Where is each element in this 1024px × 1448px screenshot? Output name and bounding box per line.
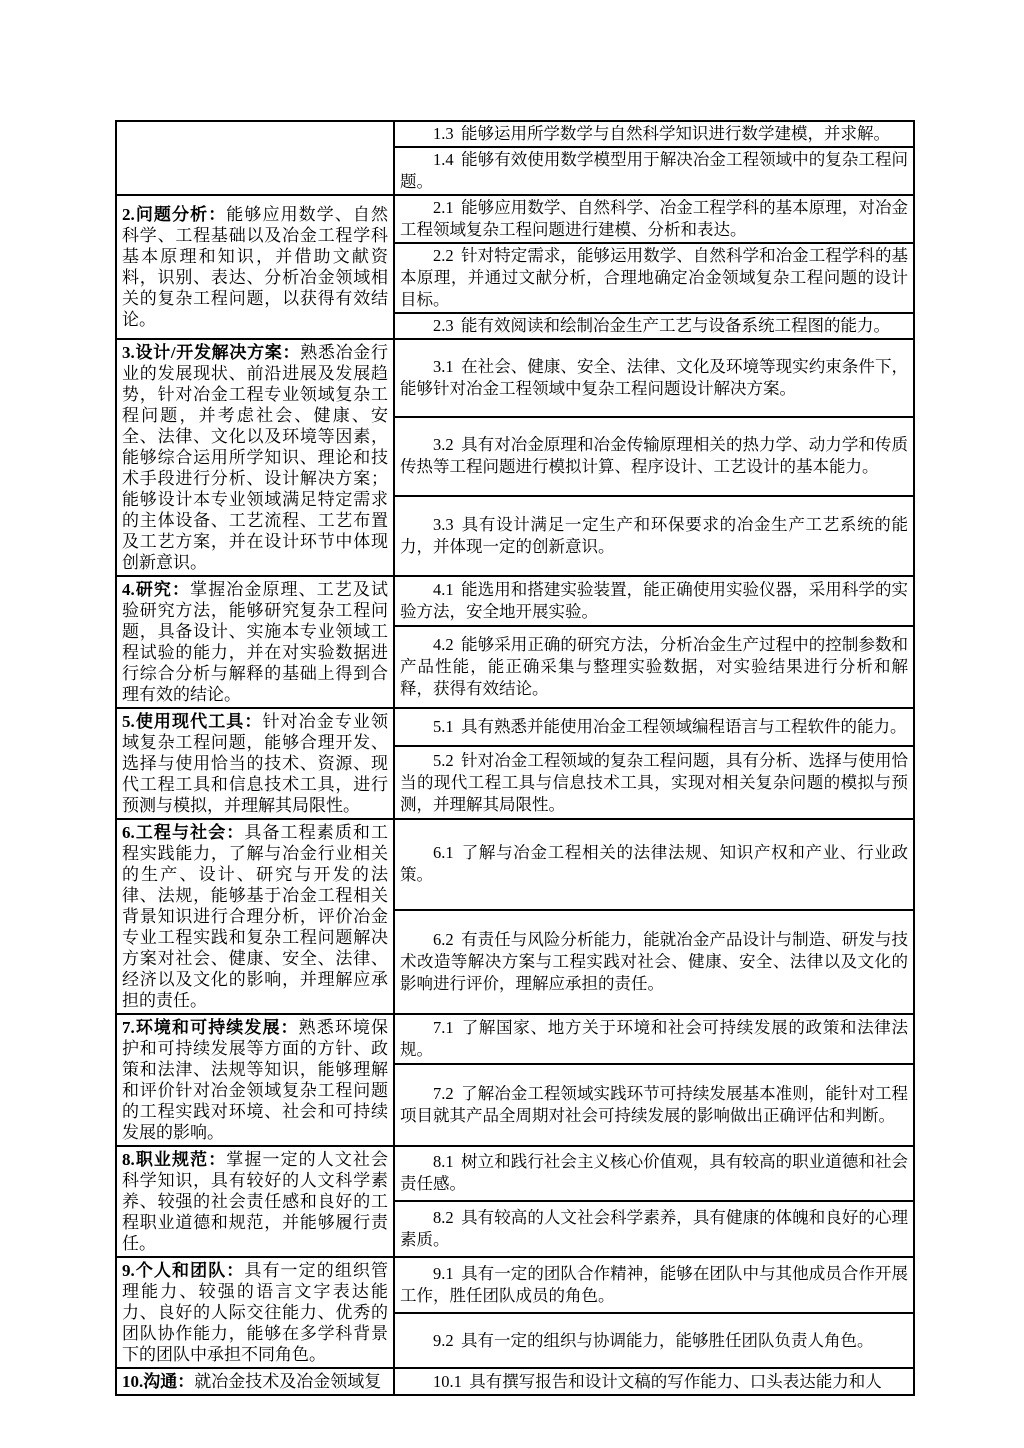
indicator-text: 具有一定的组织与协调能力，能够胜任团队负责人角色。 [461,1331,874,1350]
indicator-text: 具有对冶金原理和冶金传输原理相关的热力学、动力学和传质传热等工程问题进行模拟计算… [400,435,908,476]
table-row: 8.职业规范：掌握一定的人文社会科学知识，具有较好的人文科学素养、较强的社会责任… [116,1146,914,1201]
document-page: 1.3能够运用所学数学与自然科学知识进行数学建模，并求解。 1.4能够有效使用数… [0,0,1024,1448]
indicator-text: 有责任与风险分析能力，能就冶金产品设计与制造、研发与技术改造等解决方案与工程实践… [400,930,908,993]
indicator-text: 能够应用数学、自然科学、冶金工程学科的基本原理，对冶金工程领域复杂工程问题进行建… [400,198,908,239]
indicator-text: 树立和践行社会主义核心价值观，具有较高的职业道德和社会责任感。 [400,1152,908,1193]
requirement-cell-4: 4.研究：掌握冶金原理、工艺及试验研究方法，能够研究复杂工程问题，具备设计、实施… [116,576,394,708]
indicator-number: 6.1 [433,843,454,862]
indicator-text: 具有设计满足一定生产和环保要求的冶金生产工艺系统的能力，并体现一定的创新意识。 [400,515,908,556]
indicator-number: 8.2 [433,1208,454,1227]
requirement-title: 3.设计/开发解决方案： [122,343,300,362]
requirement-body: 就冶金技术及冶金领域复 [194,1372,381,1391]
indicator-cell-7-2: 7.2了解冶金工程领域实践环节可持续发展基本准则，能针对工程项目就其产品全周期对… [394,1064,914,1147]
indicator-text: 能选用和搭建实验装置，能正确使用实验仪器，采用科学的实验方法，安全地开展实验。 [400,580,908,621]
requirement-body: 熟悉冶金行业的发展现状、前沿进展及发展趋势，针对冶金工程专业领域复杂工程问题，并… [122,343,388,572]
table-row: 10.沟通：就冶金技术及冶金领域复 10.1具有撰写报告和设计文稿的写作能力、口… [116,1368,914,1395]
indicator-number: 8.1 [433,1152,454,1171]
indicator-number: 2.1 [433,198,454,217]
requirement-title: 6.工程与社会： [122,823,244,842]
indicator-number: 1.4 [433,150,454,169]
graduation-requirements-table: 1.3能够运用所学数学与自然科学知识进行数学建模，并求解。 1.4能够有效使用数… [115,120,915,1396]
requirement-title: 9.个人和团队： [122,1261,244,1280]
indicator-cell-4-1: 4.1能选用和搭建实验装置，能正确使用实验仪器，采用科学的实验方法，安全地开展实… [394,576,914,626]
table-row: 3.设计/开发解决方案：熟悉冶金行业的发展现状、前沿进展及发展趋势，针对冶金工程… [116,339,914,417]
requirement-title: 2.问题分析： [122,205,226,224]
table-row: 1.3能够运用所学数学与自然科学知识进行数学建模，并求解。 [116,121,914,147]
indicator-text: 了解国家、地方关于环境和社会可持续发展的政策和法律法规。 [400,1018,908,1059]
indicator-text: 了解冶金工程领域实践环节可持续发展基本准则，能针对工程项目就其产品全周期对社会可… [400,1084,908,1125]
indicator-cell-9-2: 9.2具有一定的组织与协调能力，能够胜任团队负责人角色。 [394,1313,914,1368]
indicator-cell-1-4: 1.4能够有效使用数学模型用于解决冶金工程领域中的复杂工程问题。 [394,147,914,195]
indicator-text: 具有熟悉并能使用冶金工程领域编程语言与工程软件的能力。 [461,717,907,736]
indicator-cell-4-2: 4.2能够采用正确的研究方法，分析冶金生产过程中的控制参数和产品性能，能正确采集… [394,626,914,709]
indicator-number: 10.1 [433,1372,462,1391]
indicator-cell-6-2: 6.2有责任与风险分析能力，能就冶金产品设计与制造、研发与技术改造等解决方案与工… [394,910,914,1014]
indicator-text: 具有撰写报告和设计文稿的写作能力、口头表达能力和人 [469,1372,882,1391]
requirement-title: 4.研究： [122,580,190,599]
indicator-cell-3-2: 3.2具有对冶金原理和冶金传输原理相关的热力学、动力学和传质传热等工程问题进行模… [394,417,914,495]
indicator-cell-5-2: 5.2针对冶金工程领域的复杂工程问题，具有分析、选择与使用恰当的现代工程工具与信… [394,746,914,819]
requirement-title: 5.使用现代工具： [122,712,262,731]
indicator-cell-3-3: 3.3具有设计满足一定生产和环保要求的冶金生产工艺系统的能力，并体现一定的创新意… [394,496,914,576]
indicator-number: 7.1 [433,1018,454,1037]
table-row: 9.个人和团队：具有一定的组织管理能力、较强的语言文字表达能力、良好的人际交往能… [116,1257,914,1313]
indicator-cell-9-1: 9.1具有一定的团队合作精神，能够在团队中与其他成员合作开展工作，胜任团队成员的… [394,1257,914,1313]
indicator-cell-2-1: 2.1能够应用数学、自然科学、冶金工程学科的基本原理，对冶金工程领域复杂工程问题… [394,195,914,243]
table-row: 7.环境和可持续发展：熟悉环境保护和可持续发展等方面的方针、政策和法津、法规等知… [116,1014,914,1064]
requirement-cell-6: 6.工程与社会：具备工程素质和工程实践能力，了解与冶金行业相关的生产、设计、研究… [116,819,394,1014]
indicator-cell-8-2: 8.2具有较高的人文社会科学素养，具有健康的体魄和良好的心理素质。 [394,1201,914,1257]
indicator-text: 能够有效使用数学模型用于解决冶金工程领域中的复杂工程问题。 [400,150,908,191]
indicator-number: 9.1 [433,1264,454,1283]
requirement-cell-2: 2.问题分析：能够应用数学、自然科学、工程基础以及冶金工程学科基本原理和知识，并… [116,195,394,339]
requirement-body: 具备工程素质和工程实践能力，了解与冶金行业相关的生产、设计、研究与开发的法律、法… [122,823,388,1010]
indicator-number: 5.2 [433,751,454,770]
requirement-cell-8: 8.职业规范：掌握一定的人文社会科学知识，具有较好的人文科学素养、较强的社会责任… [116,1146,394,1257]
indicator-text: 针对特定需求，能够运用数学、自然科学和冶金工程学科的基本原理，并通过文献分析，合… [400,246,908,309]
table-row: 6.工程与社会：具备工程素质和工程实践能力，了解与冶金行业相关的生产、设计、研究… [116,819,914,910]
indicator-cell-10-1: 10.1具有撰写报告和设计文稿的写作能力、口头表达能力和人 [394,1368,914,1395]
requirement-title: 7.环境和可持续发展： [122,1018,299,1037]
indicator-text: 能够采用正确的研究方法，分析冶金生产过程中的控制参数和产品性能，能正确采集与整理… [400,635,908,698]
indicator-number: 9.2 [433,1331,454,1350]
table-row: 5.使用现代工具：针对冶金专业领域复杂工程问题，能够合理开发、选择与使用恰当的技… [116,708,914,746]
indicator-text: 具有较高的人文社会科学素养，具有健康的体魄和良好的心理素质。 [400,1208,908,1249]
table-row: 4.研究：掌握冶金原理、工艺及试验研究方法，能够研究复杂工程问题，具备设计、实施… [116,576,914,626]
requirement-cell-9: 9.个人和团队：具有一定的组织管理能力、较强的语言文字表达能力、良好的人际交往能… [116,1257,394,1368]
indicator-cell-7-1: 7.1了解国家、地方关于环境和社会可持续发展的政策和法律法规。 [394,1014,914,1064]
indicator-cell-1-3: 1.3能够运用所学数学与自然科学知识进行数学建模，并求解。 [394,121,914,147]
indicator-number: 6.2 [433,930,454,949]
indicator-text: 了解与冶金工程相关的法律法规、知识产权和产业、行业政策。 [400,843,908,884]
indicator-number: 3.2 [433,435,454,454]
requirement-title: 8.职业规范： [122,1150,226,1169]
requirement-cell-10: 10.沟通：就冶金技术及冶金领域复 [116,1368,394,1395]
requirement-cell-7: 7.环境和可持续发展：熟悉环境保护和可持续发展等方面的方针、政策和法津、法规等知… [116,1014,394,1146]
requirement-cell-1 [116,121,394,195]
indicator-number: 4.2 [433,635,454,654]
indicator-text: 针对冶金工程领域的复杂工程问题，具有分析、选择与使用恰当的现代工程工具与信息技术… [400,751,908,814]
indicator-cell-3-1: 3.1在社会、健康、安全、法律、文化及环境等现实约束条件下，能够针对冶金工程领域… [394,339,914,417]
indicator-cell-6-1: 6.1了解与冶金工程相关的法律法规、知识产权和产业、行业政策。 [394,819,914,910]
indicator-number: 4.1 [433,580,454,599]
indicator-number: 3.1 [433,357,454,376]
indicator-text: 在社会、健康、安全、法律、文化及环境等现实约束条件下，能够针对冶金工程领域中复杂… [400,357,908,398]
indicator-text: 具有一定的团队合作精神，能够在团队中与其他成员合作开展工作，胜任团队成员的角色。 [400,1264,908,1305]
requirement-cell-5: 5.使用现代工具：针对冶金专业领域复杂工程问题，能够合理开发、选择与使用恰当的技… [116,708,394,819]
requirement-title: 10.沟通： [122,1372,194,1391]
indicator-number: 5.1 [433,717,454,736]
indicator-number: 7.2 [433,1084,454,1103]
indicator-cell-2-3: 2.3能有效阅读和绘制冶金生产工艺与设备系统工程图的能力。 [394,313,914,339]
indicator-text: 能够运用所学数学与自然科学知识进行数学建模，并求解。 [461,124,890,143]
indicator-number: 3.3 [433,515,454,534]
table-row: 2.问题分析：能够应用数学、自然科学、工程基础以及冶金工程学科基本原理和知识，并… [116,195,914,243]
indicator-cell-8-1: 8.1树立和践行社会主义核心价值观，具有较高的职业道德和社会责任感。 [394,1146,914,1201]
indicator-number: 2.3 [433,316,454,335]
indicator-cell-2-2: 2.2针对特定需求，能够运用数学、自然科学和冶金工程学科的基本原理，并通过文献分… [394,243,914,313]
indicator-cell-5-1: 5.1具有熟悉并能使用冶金工程领域编程语言与工程软件的能力。 [394,708,914,746]
indicator-number: 1.3 [433,124,454,143]
indicator-number: 2.2 [433,246,454,265]
requirement-cell-3: 3.设计/开发解决方案：熟悉冶金行业的发展现状、前沿进展及发展趋势，针对冶金工程… [116,339,394,576]
indicator-text: 能有效阅读和绘制冶金生产工艺与设备系统工程图的能力。 [461,316,890,335]
